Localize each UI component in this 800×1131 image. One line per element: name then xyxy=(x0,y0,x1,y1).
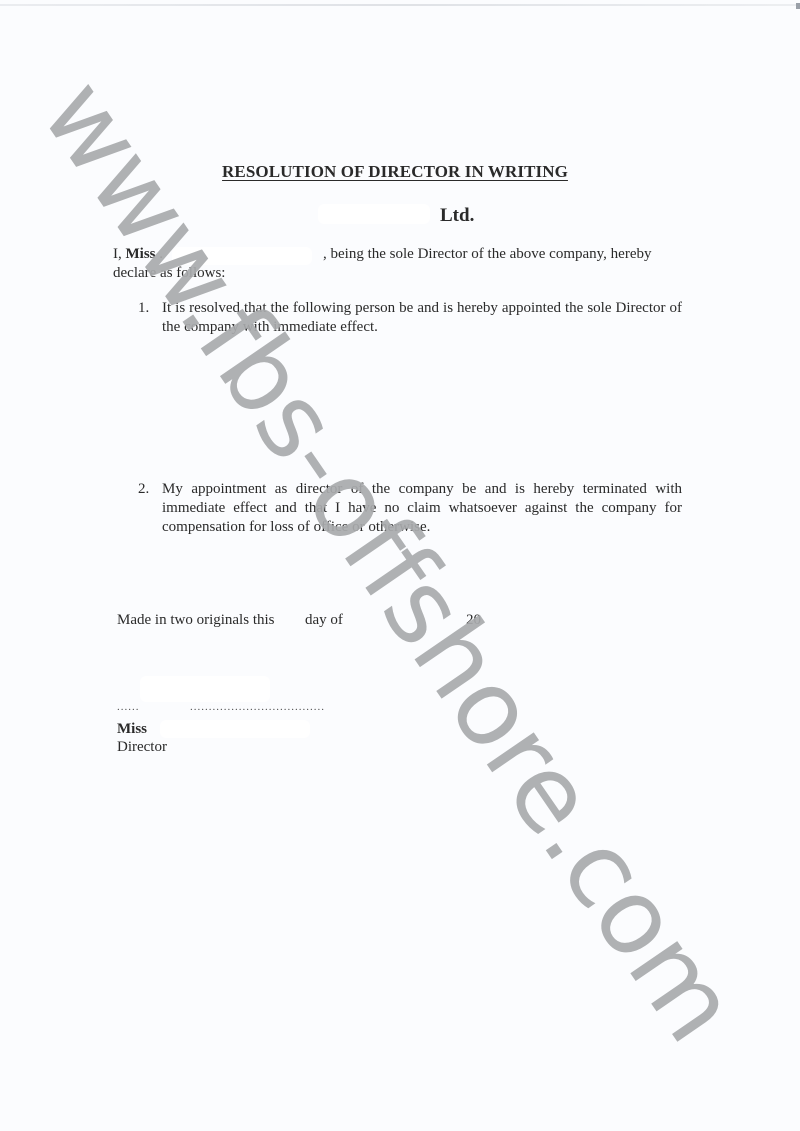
intro-prefix: I, xyxy=(113,246,126,262)
redacted-director-name xyxy=(172,247,312,265)
intro-line1-rest: , being the sole Director of the above c… xyxy=(323,245,652,264)
redacted-signatory-name xyxy=(160,720,310,738)
made-in-label: Made in two originals this xyxy=(117,612,275,629)
redacted-signature xyxy=(140,676,270,702)
document-title: RESOLUTION OF DIRECTOR IN WRITING xyxy=(0,162,790,182)
resolution-number: 1. xyxy=(138,299,149,318)
redacted-company-name xyxy=(318,204,430,224)
signature-dots-short: ...... xyxy=(117,701,140,713)
resolution-text: It is resolved that the following person… xyxy=(162,299,682,337)
day-of-label: day of xyxy=(305,612,343,629)
signatory-role: Director xyxy=(117,739,167,756)
resolution-number: 2. xyxy=(138,480,149,499)
year-prefix: 20 xyxy=(466,612,481,629)
signatory-honorific: Miss xyxy=(117,721,147,738)
signature-dots-long: .................................... xyxy=(190,701,325,713)
intro-after-honorific: . xyxy=(156,246,164,262)
intro-honorific: Miss xyxy=(126,246,156,262)
intro-line-start: I, Miss . xyxy=(113,245,163,264)
resolution-text: My appointment as director of the compan… xyxy=(162,480,682,537)
intro-line2: declare as follows: xyxy=(113,264,681,283)
company-suffix: Ltd. xyxy=(440,205,474,227)
document-page: RESOLUTION OF DIRECTOR IN WRITING Ltd. I… xyxy=(0,0,800,1131)
